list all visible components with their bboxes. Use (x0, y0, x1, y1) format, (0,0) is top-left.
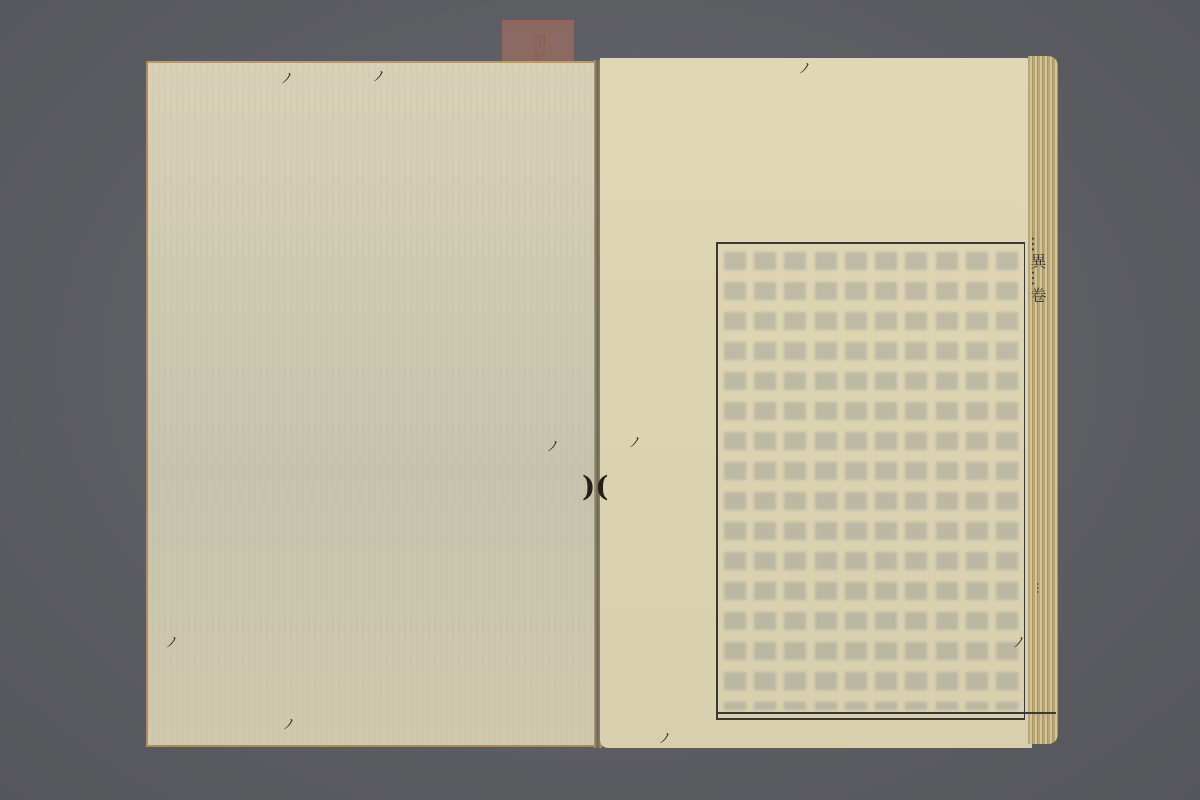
bleed-column (784, 252, 806, 710)
page-stack-edge (1028, 56, 1058, 744)
ink-speck: ノ (658, 732, 672, 746)
ink-speck: ノ (280, 72, 294, 86)
frame-bottom-rule (716, 712, 1056, 714)
bleed-column (966, 252, 988, 710)
bleed-column (875, 252, 897, 710)
bleed-column (754, 252, 776, 710)
left-page-blank (146, 61, 596, 747)
bleed-column (936, 252, 958, 710)
bleed-through-text (724, 252, 1018, 710)
ink-speck: ノ (372, 70, 386, 84)
bleed-column (815, 252, 837, 710)
bleed-column (905, 252, 927, 710)
ink-speck: ノ (282, 718, 296, 732)
bleed-column (845, 252, 867, 710)
print-frame (716, 242, 1025, 720)
ink-speck: ノ (798, 62, 812, 76)
ink-speck: ノ (546, 440, 560, 454)
ink-speck: ノ (1012, 636, 1026, 650)
margin-fish-tail-mark: … (1026, 582, 1048, 594)
bleed-column (724, 252, 746, 710)
binding-thread-mark: )( (582, 470, 609, 503)
ink-speck: ノ (628, 436, 642, 450)
ink-speck: ノ (165, 636, 179, 650)
margin-title: …異…卷 (1026, 236, 1048, 304)
